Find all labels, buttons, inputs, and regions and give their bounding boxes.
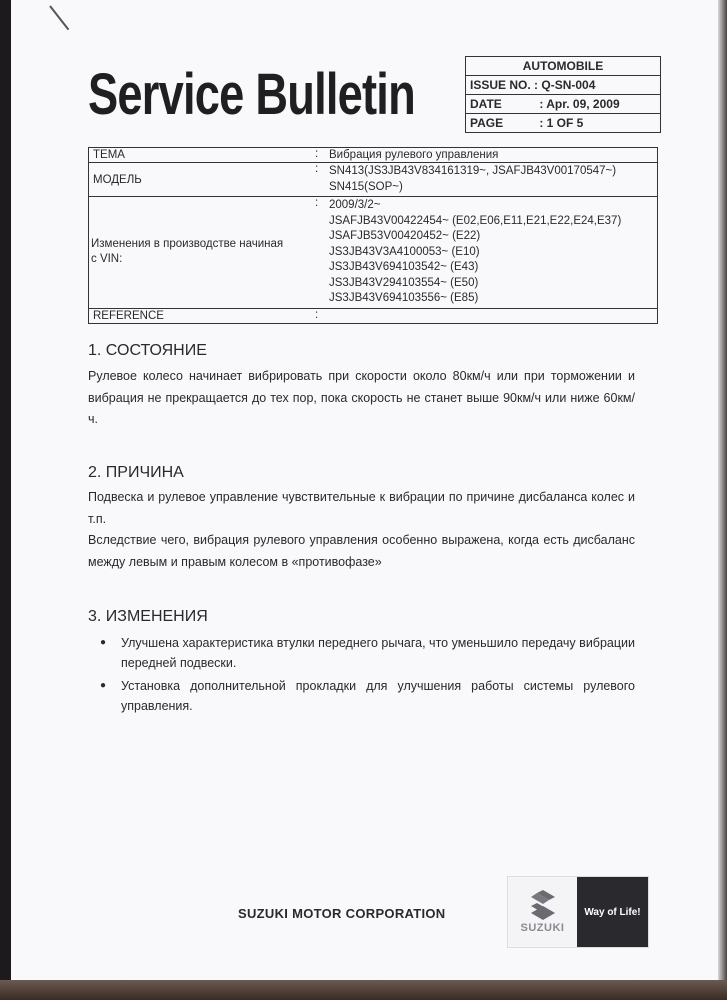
- date-row: DATE : Apr. 09, 2009: [466, 95, 660, 114]
- slogan-text: Way of Life!: [584, 907, 640, 918]
- model-values: SN413(JS3JB43V834161319~, JSAFJB43V00170…: [329, 163, 657, 196]
- paragraph: Вследствие чего, вибрация рулевого управ…: [88, 530, 635, 573]
- changes-list: ● Улучшена характеристика втулки передне…: [100, 633, 635, 719]
- model-label: МОДЕЛЬ: [89, 163, 315, 196]
- reference-value: [329, 309, 657, 323]
- suzuki-logo-box: SUZUKI Way of Life!: [507, 876, 649, 948]
- page-title: Service Bulletin: [88, 62, 415, 128]
- colon: :: [315, 309, 329, 323]
- colon: :: [315, 163, 329, 196]
- reference-label: REFERENCE: [89, 309, 315, 323]
- vin-value: 2009/3/2~: [329, 198, 657, 214]
- tema-label: ТЕМА: [89, 148, 315, 162]
- bullet-icon: ●: [100, 633, 121, 673]
- vin-value: JSAFJB43V00422454~ (E02,E06,E11,E21,E22,…: [329, 214, 657, 230]
- vin-value: JS3JB43V694103556~ (E85): [329, 291, 657, 307]
- suzuki-s-icon: [529, 890, 557, 920]
- colon: :: [315, 197, 329, 308]
- vin-label: Изменения в производстве начиная с VIN:: [89, 197, 315, 308]
- model-value: SN413(JS3JB43V834161319~, JSAFJB43V00170…: [329, 164, 657, 180]
- slogan-panel: Way of Life!: [577, 877, 648, 947]
- paragraph: Подвеска и рулевое управление чувствител…: [88, 487, 635, 530]
- scan-bottom-edge: [0, 980, 727, 1000]
- tema-value: Вибрация рулевого управления: [329, 148, 657, 162]
- scan-right-edge: [718, 0, 727, 1000]
- colon: :: [315, 148, 329, 162]
- section-title-changes: 3. ИЗМЕНЕНИЯ: [88, 608, 208, 626]
- page-row: PAGE : 1 OF 5: [466, 114, 660, 132]
- meta-row-vin: Изменения в производстве начиная с VIN: …: [89, 197, 657, 309]
- footer-corporation: SUZUKI MOTOR CORPORATION: [238, 906, 446, 921]
- vin-label-line2: с VIN:: [91, 252, 283, 267]
- meta-row-tema: ТЕМА : Вибрация рулевого управления: [89, 148, 657, 163]
- vin-label-line1: Изменения в производстве начиная: [91, 237, 283, 252]
- issue-row: ISSUE NO. : Q-SN-004: [466, 76, 660, 95]
- vin-value: JSAFJB53V00420452~ (E22): [329, 229, 657, 245]
- meta-row-model: МОДЕЛЬ : SN413(JS3JB43V834161319~, JSAFJ…: [89, 163, 657, 197]
- issue-label: ISSUE NO.: [470, 78, 531, 92]
- section-body-cause: Подвеска и рулевое управление чувствител…: [88, 487, 635, 573]
- paragraph: Рулевое колесо начинает вибрировать при …: [88, 366, 635, 431]
- page-value: : 1 OF 5: [539, 116, 583, 130]
- bulletin-meta-table: ТЕМА : Вибрация рулевого управления МОДЕ…: [88, 147, 658, 324]
- bullet-icon: ●: [100, 676, 121, 716]
- bulletin-info-box: AUTOMOBILE ISSUE NO. : Q-SN-004 DATE : A…: [465, 56, 661, 133]
- model-value: SN415(SOP~): [329, 180, 657, 196]
- vin-value: JS3JB43V3A4100053~ (E10): [329, 245, 657, 261]
- category-label: AUTOMOBILE: [466, 57, 660, 76]
- vin-value: JS3JB43V294103554~ (E50): [329, 276, 657, 292]
- date-value: : Apr. 09, 2009: [539, 97, 619, 111]
- date-label: DATE: [470, 95, 536, 113]
- issue-value: : Q-SN-004: [534, 78, 595, 92]
- logo-wordmark: SUZUKI: [521, 922, 565, 934]
- scan-left-edge: [0, 0, 11, 1000]
- vin-value: JS3JB43V694103542~ (E43): [329, 260, 657, 276]
- list-item-text: Улучшена характеристика втулки переднего…: [121, 633, 635, 673]
- section-title-cause: 2. ПРИЧИНА: [88, 464, 184, 482]
- meta-row-reference: REFERENCE :: [89, 309, 657, 323]
- list-item: ● Улучшена характеристика втулки передне…: [100, 633, 635, 673]
- list-item-text: Установка дополнительной прокладки для у…: [121, 676, 635, 716]
- section-body-condition: Рулевое колесо начинает вибрировать при …: [88, 366, 635, 431]
- page-label: PAGE: [470, 114, 536, 132]
- vin-values: 2009/3/2~ JSAFJB43V00422454~ (E02,E06,E1…: [329, 197, 657, 308]
- suzuki-logo: SUZUKI: [508, 877, 577, 947]
- section-title-condition: 1. СОСТОЯНИЕ: [88, 342, 207, 360]
- list-item: ● Установка дополнительной прокладки для…: [100, 676, 635, 716]
